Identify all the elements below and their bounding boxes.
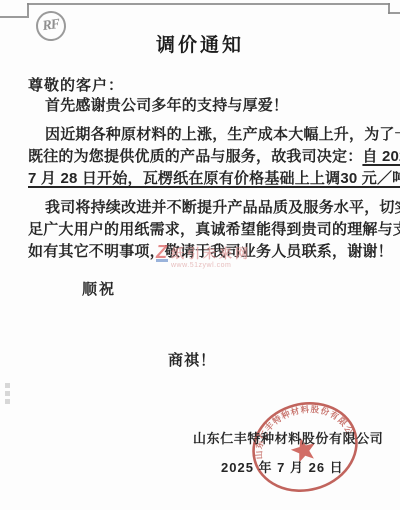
line-text-underlined: 7 月 28 日开始，瓦楞纸在原有价格基础上上调30 元／吨. — [28, 170, 400, 187]
salutation: 尊敬的客户： — [28, 74, 124, 95]
letter-line: 我司将持续改进并不断提升产品品质及服务水平，切实满 — [28, 197, 378, 219]
line-text: 因近期各种原材料的上涨，生产成本大幅上升，为了一如 — [45, 126, 400, 143]
closing-pre: 顺祝 — [82, 278, 116, 299]
company-seal-stamp: 山东仁丰特种材料股份有限公司 — [250, 398, 362, 498]
scan-edge-line — [388, 12, 400, 14]
watermark-url: www.51zywl.com — [171, 262, 251, 269]
letter-line: 既往的为您提供优质的产品与服务，故我司决定：自 2025 年 — [28, 146, 378, 168]
scan-edge-line — [27, 3, 29, 18]
letter-line: 足广大用户的用纸需求，真诚希望能得到贵司的理解与支持！ — [28, 219, 378, 241]
line-text: 我司将持续改进并不断提升产品品质及服务水平，切实满 — [45, 199, 400, 216]
letter-line: 因近期各种原材料的上涨，生产成本大幅上升，为了一如 — [28, 124, 378, 146]
page-title: 调价通知 — [0, 30, 400, 57]
line-text: 足广大用户的用纸需求，真诚希望能得到贵司的理解与支持！ — [28, 221, 400, 238]
letter-date: 2025 年 7 月 26 日 — [221, 457, 344, 476]
company-name: 山东仁丰特种材料股份有限公司 — [193, 428, 383, 447]
line-text: 如有其它不明事项，敬请于我司业务人员联系，谢谢！ — [28, 243, 393, 260]
letter-page: RF 调价通知 尊敬的客户： 首先感谢贵公司多年的支持与厚爱！ 因近期各种原材料… — [0, 0, 400, 510]
closing: 商祺！ — [168, 349, 216, 370]
letter-line: 如有其它不明事项，敬请于我司业务人员联系，谢谢！ — [28, 241, 378, 263]
line-text-underlined: 自 2025 年 — [362, 148, 400, 165]
letter-body: 首先感谢贵公司多年的支持与厚爱！ 因近期各种原材料的上涨，生产成本大幅上升，为了… — [28, 95, 378, 263]
letter-line: 7 月 28 日开始，瓦楞纸在原有价格基础上上调30 元／吨. — [28, 168, 378, 190]
scan-speck — [5, 391, 10, 396]
scan-speck — [5, 383, 10, 388]
scan-edge-line — [27, 3, 390, 5]
scan-speck — [5, 399, 10, 404]
line-text: 既往的为您提供优质的产品与服务，故我司决定： — [28, 148, 362, 165]
letter-line: 首先感谢贵公司多年的支持与厚爱！ — [28, 95, 378, 117]
scan-edge-line — [0, 16, 27, 18]
scan-specks — [5, 383, 10, 404]
line-text: 首先感谢贵公司多年的支持与厚爱！ — [45, 97, 288, 114]
